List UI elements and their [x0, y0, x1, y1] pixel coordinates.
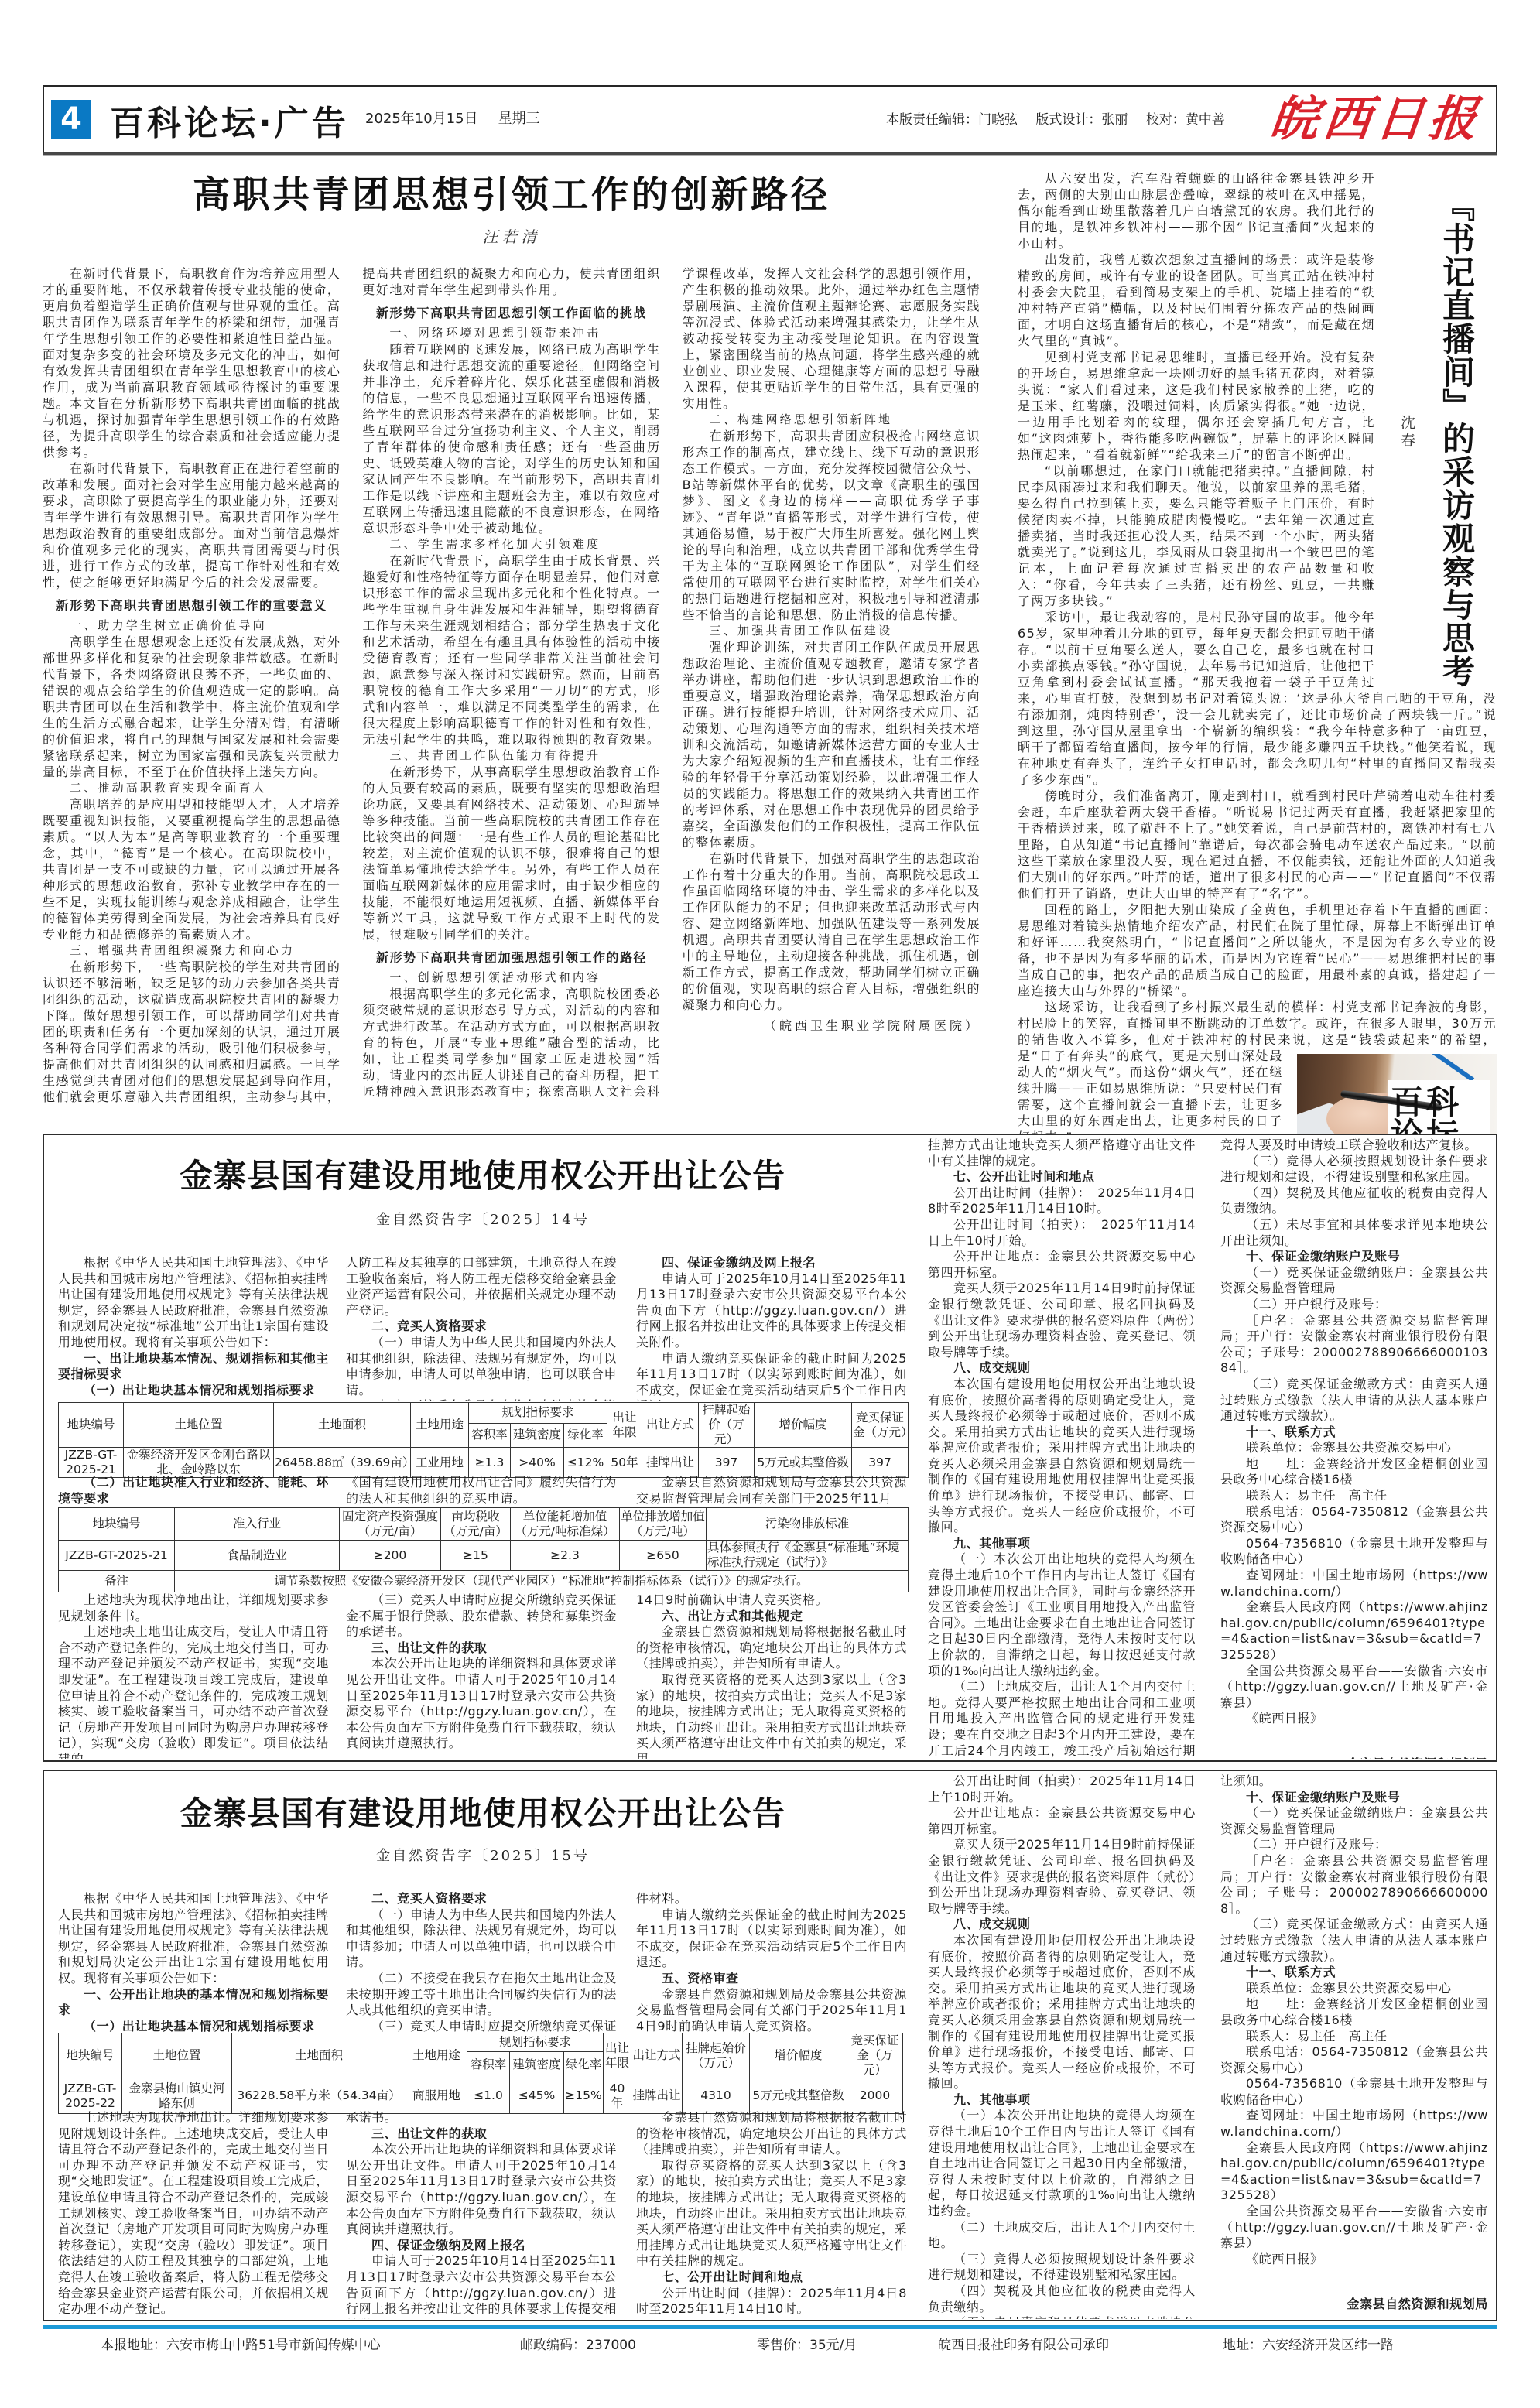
- land-notice-14: 金寨县国有建设用地使用权公开出让公告 金自然资告字〔2025〕14号 根据《中华…: [43, 1134, 1497, 1762]
- subsection-heading: 一、创新思想引领活动形式和内容: [362, 970, 660, 986]
- section-heading: 九、其他事项: [928, 2092, 1196, 2109]
- cell-parcel-id: JZZB-GT-2025-21: [59, 1448, 124, 1478]
- paragraph: 公开出让地点：金寨县公共资源交易中心第四开标室。: [928, 1805, 1196, 1837]
- section-heading: 十、保证金缴纳账户及账号: [1220, 1790, 1488, 1806]
- paragraph: 在新时代背景下，高职教育正在进行着空前的改革和发展。面对社会对学生应用能力越来越…: [43, 460, 341, 590]
- paragraph: 本次公开出让地块的详细资料和具体要求详见公开出让文件。申请人可于2025年10月…: [346, 1656, 617, 1752]
- side-article: 『书记直播间』的采访观察与思考 沈春 从六安出发，汽车沿着蜿蜒的山路往金寨县铁冲…: [1018, 170, 1497, 1110]
- designer-label: 版式设计：: [1035, 112, 1101, 128]
- header-start-price: 挂牌起始价（万元）: [699, 1403, 755, 1448]
- paragraph: 根据《中华人民共和国土地管理法》、《中华人民共和国城市房地产管理法》、《招标拍卖…: [58, 1891, 329, 1987]
- notice-column-c-mid: 金寨县自然资源和规划局与金寨县公共资源交易监督管理局会同有关部门于2025年11…: [636, 1475, 907, 1507]
- paragraph: （二）开户银行及账号：: [1220, 1837, 1488, 1853]
- table-note-row: 备注 调节系数按照《安徽金寨经济开发区（现代产业园区）“标准地”控制指标体系（试…: [59, 1571, 909, 1592]
- notice-column-d: 公开出让时间（拍卖）：2025年11月14日上午10时开始。公开出让地点：金寨县…: [928, 1774, 1196, 2319]
- article-body: 在新时代背景下，高职教育作为培养应用型人才的重要阵地，不仅承载着传授专业技能的使…: [43, 265, 980, 1113]
- header-parcel-id: 地块编号: [59, 2033, 122, 2078]
- section-heading: 九、其他事项: [928, 1536, 1196, 1552]
- cell-green: ≤12%: [564, 1448, 607, 1478]
- section-heading: 四、保证金缴纳及网上报名: [346, 2238, 617, 2254]
- paragraph: 联系单位：金寨县公共资源交易中心: [1220, 1440, 1488, 1456]
- paragraph: 高职培养的是应用型和技能型人才，人才培养既要重视知识技能，又要重视提高学生的思想…: [43, 796, 341, 942]
- paragraph: 公开出让时间（拍卖）： 2025年11月14日上午10时开始。: [928, 1217, 1196, 1249]
- paragraph-continuation: 14日9时前确认申请人竞买资格。: [636, 1592, 907, 1609]
- cell-emission: ≥650: [620, 1541, 707, 1571]
- notice-title: 金寨县国有建设用地使用权公开出让公告: [58, 1156, 908, 1196]
- paragraph: 根据《中华人民共和国土地管理法》、《中华人民共和国城市房地产管理法》、《招标拍卖…: [58, 1255, 329, 1351]
- footer-printer: 皖西日报社印务有限公司承印: [938, 2336, 1109, 2355]
- header-increment: 增价幅度: [750, 2033, 847, 2078]
- note-label: 备注: [59, 1571, 175, 1592]
- paragraph: 在新时代背景下，加强对高职学生的思想政治工作有着十分重大的作用。当前，高职院校思…: [683, 850, 980, 1013]
- header-area: 土地面积: [274, 1403, 411, 1448]
- paragraph: 联系单位：金寨县公共资源交易中心: [1220, 1981, 1488, 1997]
- cell-start-price: 397: [699, 1448, 755, 1478]
- cell-area: 36228.58平方米（54.34亩）: [232, 2078, 406, 2114]
- cell-far: ≤1.0: [467, 2078, 510, 2114]
- section-heading: 八、成交规则: [928, 1917, 1196, 1933]
- header-land-use: 土地用途: [406, 2033, 467, 2078]
- cell-deposit: 397: [852, 1448, 909, 1478]
- header-term: 出让年限: [607, 1403, 642, 1448]
- cell-term: 40年: [604, 2078, 631, 2114]
- notice-column-c-top: 件材料。申请人缴纳竞买保证金的截止时间为2025年11月13日17时（以实际到账…: [636, 1891, 907, 2033]
- paragraph: 取得竞买资格的竞买人达到3家以上（含3家）的地块，按拍卖方式出让；竞买人不足3家…: [636, 2158, 907, 2269]
- paragraph: （五）未尽事宜和具体要求详见本地块公开出让须知。: [1220, 1217, 1488, 1249]
- parcel-basic-table: 地块编号 土地位置 土地面积 土地用途 规划指标要求 出让年限 出让方式 挂牌起…: [58, 2033, 903, 2114]
- cell-method: 挂牌出让: [631, 2078, 683, 2114]
- paragraph: （四）契税及其他应征收的税费由竞得人负责缴纳。: [1220, 1185, 1488, 1217]
- section-heading: 一、公开出让地块的基本情况和规划指标要求: [58, 1987, 329, 2019]
- paragraph-continuation: 人防工程及其独享的口部建筑，土地竞得人在竣工验收备案后，将人防工程无偿移交给金寨…: [346, 1255, 617, 1319]
- editorial-credits: 本版责任编辑：门晓弦 版式设计：张丽 校对：黄中善: [886, 110, 1239, 130]
- section-heading: 十一、联系方式: [1220, 1965, 1488, 1981]
- paragraph: （三）竞买保证金缴款方式：由竞买人通过转账方式缴款（法人申请的从法人基本账户通过…: [1220, 1377, 1488, 1425]
- paragraph: 0564-7356810（金寨县土地开发整理与收购储备中心）: [1220, 2076, 1488, 2108]
- footer-printer-address: 地址：六安经济开发区纬一路: [1223, 2336, 1394, 2355]
- editor-label: 本版责任编辑：: [886, 112, 978, 128]
- paragraph: 本次国有建设用地使用权公开出让地块设有底价，按照价高者得的原则确定受让人，竞买人…: [928, 1377, 1196, 1536]
- notice-column-a-top: 根据《中华人民共和国土地管理法》、《中华人民共和国城市房地产管理法》、《招标拍卖…: [58, 1255, 329, 1401]
- header-method: 出让方式: [631, 2033, 683, 2078]
- subsection-heading: 三、加强共青团工作队伍建设: [683, 623, 980, 639]
- section-heading: 三、出让文件的获取: [346, 2126, 617, 2143]
- section-heading: 新形势下高职共青团加强思想引领工作的路径: [362, 949, 660, 966]
- cell-far: ≥1.3: [469, 1448, 511, 1478]
- masthead: 4 百科论坛·广告 2025年10月15日星期三 本版责任编辑：门晓弦 版式设计…: [43, 85, 1497, 155]
- cell-term: 50年: [607, 1448, 642, 1478]
- paragraph: 联系电话：0564-7350812（金寨县公共资源交易中心）: [1220, 2044, 1488, 2076]
- header-planning-group: 规划指标要求: [469, 1403, 607, 1424]
- paragraph: 回程的路上，夕阳把大别山染成了金黄色，手机里还存着下午直播的画面：易思维对着镜头…: [1018, 901, 1497, 999]
- cell-green: ≥15%: [564, 2078, 604, 2114]
- table-row: JZZB-GT-2025-21 金寨经济开发区金刚台路以北、金岭路以东 2645…: [59, 1448, 909, 1478]
- notice-column-a-bottom: 上述地块为现状净地出让。详细规划要求参见附规划设计条件。上述地块成交后，受让人申…: [58, 2110, 329, 2319]
- header-parcel-id: 地块编号: [59, 1508, 175, 1541]
- paragraph: 联系电话：0564-7350812（金寨县公共资源交易中心）: [1220, 1504, 1488, 1536]
- section-heading: 六、出让方式和其他规定: [636, 1609, 907, 1625]
- subsection-heading: 一、助力学生树立正确价值导向: [43, 617, 341, 634]
- paragraph: 申请人缴纳竞买保证金的截止时间为2025年11月13日17时（以实际到账时间为准…: [636, 1907, 907, 1971]
- blue-pen-icon: [1426, 1054, 1474, 1082]
- notice-title: 金寨县国有建设用地使用权公开出让公告: [58, 1794, 908, 1834]
- header-pollution: 污染物排放标准: [707, 1508, 909, 1541]
- paragraph: 竞买人须于2025年11月14日9时前持保证金银行缴款凭证、公司印章、报名回执码…: [928, 1281, 1196, 1360]
- notice-column-c-bottom: 14日9时前确认申请人竞买资格。六、出让方式和其他规定金寨县自然资源和规划局将根…: [636, 1592, 907, 1759]
- paragraph: 在新时代背景下，高职学生由于成长背景、兴趣爱好和性格特征等方面存在明显差异，他们…: [362, 552, 660, 747]
- title-gutter: [1375, 170, 1497, 687]
- cell-industry: 食品制造业: [175, 1541, 340, 1571]
- cell-deposit: 2000: [847, 2078, 903, 2114]
- table-row: JZZB-GT-2025-21 食品制造业 ≥200 ≥15 ≥2.3 ≥650…: [59, 1541, 909, 1571]
- paragraph: （二）开户银行及账号：: [1220, 1297, 1488, 1313]
- paragraph: （三）竞得人必须按照规划设计条件要求进行规划和建设，不得建设别墅和私家庄园。: [1220, 1154, 1488, 1185]
- paragraph-continuation: 让须知。: [1220, 1774, 1488, 1790]
- header-parcel-id: 地块编号: [59, 1403, 124, 1448]
- subsection-heading: 三、增强共青团组织凝聚力和向心力: [43, 942, 341, 959]
- cell-start-price: 4310: [683, 2078, 750, 2114]
- paragraph: 申请人可于2025年10月14日至2025年11月13日17时登录六安市公共资源…: [636, 1271, 907, 1351]
- header-tax: 亩均税收（万元/亩）: [441, 1508, 511, 1541]
- cell-density: ≤45%: [510, 2078, 564, 2114]
- notice-column-c-top: 四、保证金缴纳及网上报名申请人可于2025年10月14日至2025年11月13日…: [636, 1255, 907, 1401]
- paragraph: 金寨县自然资源和规划局将根据报名截止时的资格审核情况，确定地块公开出让的具体方式…: [636, 1624, 907, 1672]
- header-investment: 固定资产投资强度（万元/亩）: [340, 1508, 441, 1541]
- side-article-author: 沈春: [1398, 415, 1415, 450]
- cell-investment: ≥200: [340, 1541, 441, 1571]
- paragraph: 金寨县人民政府网（https://www.ahjinzhai.gov.cn/pu…: [1220, 2140, 1488, 2204]
- section-heading: 三、出让文件的获取: [346, 1640, 617, 1657]
- section-heading: （一）出让地块基本情况和规划指标要求: [58, 1383, 329, 1399]
- paragraph: （三）竞买人申请时应提交所缴纳竞买保证金不属于银行贷款、股东借款、转贷和募集资金…: [346, 1592, 617, 1640]
- side-article-title: 『书记直播间』的采访观察与思考: [1439, 189, 1473, 688]
- paragraph: 申请人缴纳竞买保证金的截止时间为2025年11月13日17时（以实际到账时间为准…: [636, 1351, 907, 1401]
- article-author: 汪若清: [43, 227, 980, 247]
- header-far: 容积率: [467, 2051, 510, 2078]
- publication-date: 2025年10月15日星期三: [365, 109, 540, 129]
- date-text: 2025年10月15日: [365, 111, 478, 127]
- page-number-badge: 4: [51, 100, 91, 139]
- notice-column-e: 竞得人要及时申请竣工联合验收和达产复核。（三）竞得人必须按照规划设计条件要求进行…: [1220, 1137, 1488, 1759]
- designer-name: 张丽: [1101, 112, 1128, 128]
- paragraph: 0564-7356810（金寨县土地开发整理与收购储备中心）: [1220, 1536, 1488, 1568]
- section-heading: 十一、联系方式: [1220, 1425, 1488, 1441]
- paragraph: ［户名：金寨县公共资源交易监督管理局；开户行：安徽金寨农村商业银行股份有限公司；…: [1220, 1853, 1488, 1917]
- cell-land-use: 商服用地: [406, 2078, 467, 2114]
- header-green: 绿化率: [564, 2051, 604, 2078]
- header-industry: 准入行业: [175, 1508, 340, 1541]
- paragraph: （一）本次公开出让地块的竞得人均须在竞得土地后10个工作日内与出让人签订《国有建…: [928, 2108, 1196, 2219]
- header-deposit: 竞买保证金（万元）: [852, 1403, 909, 1448]
- footer-address: 本报地址：六安市梅山中路51号市新闻传媒中心: [101, 2336, 381, 2355]
- section-heading: 七、公开出让时间和地点: [636, 2269, 907, 2286]
- column-logo-line1: 百科: [1391, 1086, 1462, 1119]
- header-area: 土地面积: [232, 2033, 406, 2078]
- cell-parcel-id: JZZB-GT-2025-21: [59, 1541, 175, 1571]
- notice-column-b-bottom: 承诺书。三、出让文件的获取本次公开出让地块的详细资料和具体要求详见公开出让文件。…: [346, 2110, 617, 2319]
- cell-density: >40%: [511, 1448, 564, 1478]
- paragraph: （二）土地成交后，出让人1个月内交付土地。竞得人要严格按照土地出让合同和工业项目…: [928, 1679, 1196, 1759]
- notice-doc-number: 金自然资告字〔2025〕14号: [58, 1211, 908, 1230]
- paragraph: 金寨县自然资源和规划局及金寨县公共资源交易监督管理局会同有关部门于2025年11…: [636, 1987, 907, 2033]
- section-heading: （二）出让地块准入行业和经济、能耗、环境等要求: [58, 1475, 329, 1507]
- closing-paragraph: 这场采访，让我看到了乡村振兴最生动的模样：村党支部书记奔波的身影，村民脸上的笑容…: [1018, 999, 1497, 1145]
- header-increment: 增价幅度: [755, 1403, 852, 1448]
- footer-postcode: 邮政编码：237000: [520, 2336, 636, 2355]
- paragraph-continuation: 竞得人要及时申请竣工联合验收和达产复核。: [1220, 1137, 1488, 1154]
- header-green: 绿化率: [564, 1423, 607, 1447]
- paragraph: 随着互联网的飞速发展，网络已成为高职学生获取信息和进行思想交流的重要途径。但网络…: [362, 341, 660, 536]
- parcel-basic-table: 地块编号 土地位置 土地面积 土地用途 规划指标要求 出让年限 出让方式 挂牌起…: [58, 1402, 909, 1478]
- section-heading: 一、出让地块基本情况、规划指标和其他主要指标要求: [58, 1351, 329, 1383]
- section-heading: 八、成交规则: [928, 1360, 1196, 1377]
- notice-column-b-mid: 《国有建设用地使用权出让合同》履约失信行为的法人和其他组织的竞买申请。: [346, 1475, 617, 1507]
- paragraph: 在新形势下，从事高职学生思想政治教育工作的人员要有较高的素质，既要有坚实的思想政…: [362, 764, 660, 942]
- paragraph: 申请人可于2025年10月14日至2025年11月13日17时登录六安市公共资源…: [346, 2253, 617, 2319]
- paragraph: 公开出让时间（拍卖）：2025年11月14日上午10时开始。: [928, 1774, 1196, 1805]
- paragraph-continuation: 承诺书。: [346, 2110, 617, 2126]
- cell-energy: ≥2.3: [511, 1541, 620, 1571]
- notice-column-a-mid: （二）出让地块准入行业和经济、能耗、环境等要求: [58, 1475, 329, 1507]
- cell-area: 26458.88㎡（39.69亩）: [274, 1448, 411, 1478]
- paragraph: （一）竞买保证金缴纳账户：金寨县公共资源交易监督管理局: [1220, 1805, 1488, 1837]
- paragraph: 《皖西日报》: [1220, 1711, 1488, 1727]
- paragraph-continuation: 《国有建设用地使用权出让合同》履约失信行为的法人和其他组织的竞买申请。: [346, 1475, 617, 1507]
- paragraph: （一）申请人为中华人民共和国境内外法人和其他组织，除法律、法规另有规定外，均可以…: [346, 1907, 617, 1971]
- weekday-text: 星期三: [498, 111, 540, 127]
- paragraph: （三）竞买保证金缴款方式：由竞买人通过转账方式缴款（法人申请的从法人基本账户通过…: [1220, 1917, 1488, 1965]
- paragraph: 在新形势下，高职共青团应积极抢占网络意识形态工作的制高点，建立线上、线下互动的意…: [683, 428, 980, 623]
- cell-location: 金寨县梅山镇史河路东侧: [122, 2078, 232, 2114]
- paragraph: 上述地块土地出让成交后，受让人申请且符合不动产登记条件的，完成土地交付当日，可办…: [58, 1624, 329, 1759]
- land-notice-15: 金寨县国有建设用地使用权公开出让公告 金自然资告字〔2025〕15号 根据《中华…: [43, 1770, 1497, 2321]
- notice-column-c-bottom: 金寨县自然资源和规划局将根据报名截止时的资格审核情况，确定地块公开出让的具体方式…: [636, 2110, 907, 2319]
- editor-name: 门晓弦: [978, 112, 1018, 128]
- header-method: 出让方式: [642, 1403, 699, 1448]
- paragraph-continuation: 件材料。: [636, 1891, 907, 1907]
- notice-column-e: 让须知。十、保证金缴纳账户及账号（一）竞买保证金缴纳账户：金寨县公共资源交易监督…: [1220, 1774, 1488, 2319]
- paragraph: （五）未尽事宜和具体要求详见本地块公开出: [928, 2315, 1196, 2319]
- paragraph: 全国公共资源交易平台——安徽省·六安市（http://ggzy.luan.gov…: [1220, 2204, 1488, 2252]
- header-start-price: 挂牌起始价（万元）: [683, 2033, 750, 2078]
- notice-column-b-bottom: （三）竞买人申请时应提交所缴纳竞买保证金不属于银行贷款、股东借款、转贷和募集资金…: [346, 1592, 617, 1759]
- subsection-heading: 二、学生需求多样化加大引领难度: [362, 536, 660, 552]
- subsection-heading: 三、共青团工作队伍能力有待提升: [362, 747, 660, 764]
- header-location: 土地位置: [124, 1403, 274, 1448]
- header-term: 出让年限: [604, 2033, 631, 2078]
- paragraph: 本次公开出让地块的详细资料和具体要求详见公开出让文件。申请人可于2025年10月…: [346, 2142, 617, 2238]
- newspaper-logo: 皖西日报: [1268, 90, 1500, 149]
- paragraph: 本次国有建设用地使用权公开出让地块设有底价，按照价高者得的原则确定受让人，竞买人…: [928, 1933, 1196, 2092]
- notice-column-b-top: 二、竞买人资格要求（一）申请人为中华人民共和国境内外法人和其他组织，除法律、法规…: [346, 1891, 617, 2033]
- cell-tax: ≥15: [441, 1541, 511, 1571]
- paragraph: ［户名：金寨县公共资源交易监督管理局；开户行：安徽金寨农村商业银行股份有限公司；…: [1220, 1313, 1488, 1377]
- paragraph: 地 址：金寨经济开发区金梧桐创业园县政务中心综合楼16楼: [1220, 1996, 1488, 2028]
- section-heading: 二、竞买人资格要求: [346, 1319, 617, 1335]
- section-heading: （一）出让地块基本情况和规划指标要求: [58, 2019, 329, 2033]
- header-location: 土地位置: [122, 2033, 232, 2078]
- signature: 金寨县自然资源和规划局: [1220, 1756, 1488, 1759]
- notice-column-a-top: 根据《中华人民共和国土地管理法》、《中华人民共和国城市房地产管理法》、《招标拍卖…: [58, 1891, 329, 2033]
- header-far: 容积率: [469, 1423, 511, 1447]
- header-planning-group: 规划指标要求: [467, 2033, 604, 2052]
- paragraph: 公开出让时间（挂牌）： 2025年11月4日8时至2025年11月14日10时。: [928, 1185, 1196, 1217]
- subsection-heading: 一、网络环境对思想引领带来冲击: [362, 325, 660, 341]
- paragraph: 取得竞买资格的竞买人达到3家以上（含3家）的地块，按拍卖方式出让；竞买人不足3家…: [636, 1672, 907, 1759]
- paragraph: 联系人：易主任 高主任: [1220, 1488, 1488, 1504]
- paragraph: （二）不接受在我县存在拖欠土地出让金及未按期开竣工等土地出让合同履约失信行为的法…: [346, 1971, 617, 2019]
- paragraph: 在新时代背景下，高职教育作为培养应用型人才的重要阵地，不仅承载着传授专业技能的使…: [43, 265, 341, 460]
- proofreader-label: 校对：: [1146, 112, 1186, 128]
- paragraph: （二）不接受在我县存在拖欠土地出让金等: [346, 1398, 617, 1401]
- cell-increment: 5万元或其整倍数: [750, 2078, 847, 2114]
- section-heading: 五、资格审查: [636, 1971, 907, 1987]
- cell-increment: 5万元或其整倍数: [755, 1448, 852, 1478]
- paragraph: （二）土地成交后，出让人1个月内交付土地。: [928, 2220, 1196, 2252]
- section-heading: 新形势下高职共青团思想引领工作的重要意义: [43, 597, 341, 614]
- section-heading: 十、保证金缴纳账户及账号: [1220, 1249, 1488, 1265]
- paragraph-continuation: 挂牌方式出让地块竞买人须严格遵守出让文件中有关挂牌的规定。: [928, 1137, 1196, 1169]
- paragraph: 查阅网址：中国土地市场网（https://www.landchina.com/）: [1220, 2108, 1488, 2139]
- note-text: 调节系数按照《安徽金寨经济开发区（现代产业园区）“标准地”控制指标体系（试行）》…: [175, 1571, 909, 1592]
- paragraph: 公开出让时间（挂牌）：2025年11月4日8时至2025年11月14日10时。: [636, 2286, 907, 2317]
- section-title: 百科论坛·广告: [110, 102, 349, 145]
- header-emission: 单位排放增加值（万元/吨）: [620, 1508, 707, 1541]
- section-heading: 七、公开出让时间和地点: [928, 1169, 1196, 1185]
- cell-land-use: 工业用地: [411, 1448, 469, 1478]
- header-energy: 单位能耗增加值（万元/吨标准煤）: [511, 1508, 620, 1541]
- article-title: 高职共青团思想引领工作的创新路径: [43, 173, 980, 217]
- paragraph: （四）契税及其他应征收的税费由竞得人负责缴纳。: [928, 2283, 1196, 2315]
- paragraph: 地 址：金寨经济开发区金梧桐创业园县政务中心综合楼16楼: [1220, 1456, 1488, 1488]
- editor-credit: 本版责任编辑：门晓弦: [886, 112, 1018, 128]
- paragraph: 查阅网址：中国土地市场网（https://www.landchina.com/）: [1220, 1568, 1488, 1599]
- paragraph: 上述地块为现状净地出让，详细规划要求参见规划条件书。: [58, 1592, 329, 1624]
- paragraph: （一）申请人为中华人民共和国境内外法人和其他组织，除法律、法规另有规定外，均可以…: [346, 1335, 617, 1398]
- paragraph: 傍晚时分，我们准备离开，刚走到村口，就看到村民叶芹骑着电动车往村委会赶，车后座驮…: [1018, 788, 1497, 901]
- notice-doc-number: 金自然资告字〔2025〕15号: [58, 1847, 908, 1866]
- proofreader-credit: 校对：黄中善: [1146, 112, 1225, 128]
- paragraph: 上述地块为现状净地出让。详细规划要求参见附规划设计条件。上述地块成交后，受让人申…: [58, 2110, 329, 2317]
- cell-parcel-id: JZZB-GT-2025-22: [59, 2078, 122, 2114]
- header-deposit: 竞买保证金（万元）: [847, 2033, 903, 2078]
- parcel-access-table: 地块编号 准入行业 固定资产投资强度（万元/亩） 亩均税收（万元/亩） 单位能耗…: [58, 1507, 909, 1592]
- cell-location: 金寨经济开发区金刚台路以北、金岭路以东: [124, 1448, 274, 1478]
- section-heading: 四、保证金缴纳及网上报名: [636, 1255, 907, 1271]
- header-land-use: 土地用途: [411, 1403, 469, 1448]
- notice-column-b-top: 人防工程及其独享的口部建筑，土地竞得人在竣工验收备案后，将人防工程无偿移交给金寨…: [346, 1255, 617, 1401]
- paragraph: （三）竞得人必须按照规划设计条件要求进行规划和建设，不得建设别墅和私家庄园。: [928, 2252, 1196, 2283]
- paragraph: 竞买人须于2025年11月14日9时前持保证金银行缴款凭证、公司印章、报名回执码…: [928, 1837, 1196, 1917]
- proofreader-name: 黄中善: [1186, 112, 1225, 128]
- paragraph: （一）竞买保证金缴纳账户：金寨县公共资源交易监督管理局: [1220, 1265, 1488, 1297]
- notice-column-d: 挂牌方式出让地块竞买人须严格遵守出让文件中有关挂牌的规定。七、公开出让时间和地点…: [928, 1137, 1196, 1759]
- subsection-heading: 二、推动高职教育实现全面育人: [43, 780, 341, 796]
- table-row: JZZB-GT-2025-22 金寨县梅山镇史河路东侧 36228.58平方米（…: [59, 2078, 903, 2114]
- signature: 金寨县自然资源和规划局: [1220, 2297, 1488, 2313]
- section-heading: 二、竞买人资格要求: [346, 1891, 617, 1907]
- cell-pollution: 具体参照执行《金寨县“标准地”环境标准执行规定（试行）》: [707, 1541, 909, 1571]
- paragraph: 金寨县人民政府网（https://www.ahjinzhai.gov.cn/pu…: [1220, 1599, 1488, 1663]
- source-credit: （皖西卫生职业学院附属医院）: [683, 1018, 980, 1034]
- subsection-heading: 二、构建网络思想引领新阵地: [683, 412, 980, 428]
- paragraph: 公开出让地点：金寨县公共资源交易中心第四开标室。: [928, 1249, 1196, 1281]
- paragraph: 强化理论训练，对共青团工作队伍成员开展思想政治理论、主流价值观专题教育，邀请专家…: [683, 639, 980, 850]
- paragraph: 全国公共资源交易平台——安徽省·六安市（http://ggzy.luan.gov…: [1220, 1664, 1488, 1712]
- paragraph: 高职学生在思想观念上还没有发展成熟，对外部世界多样化和复杂的社会现象非常敏感。在…: [43, 634, 341, 780]
- header-density: 建筑密度: [510, 2051, 564, 2078]
- paragraph: 金寨县自然资源和规划局与金寨县公共资源交易监督管理局会同有关部门于2025年11…: [636, 1475, 907, 1507]
- cell-method: 挂牌出让: [642, 1448, 699, 1478]
- designer-credit: 版式设计：张丽: [1035, 112, 1128, 128]
- notice-column-a-bottom: 上述地块为现状净地出让，详细规划要求参见规划条件书。上述地块土地出让成交后，受让…: [58, 1592, 329, 1759]
- paragraph: （一）本次公开出让地块的竞得人均须在竞得土地后10个工作日内与出让人签订《国有建…: [928, 1551, 1196, 1679]
- footer-price: 零售价：35元/月: [757, 2336, 857, 2355]
- footer-divider: [43, 2325, 1497, 2329]
- paragraph: 《皖西日报》: [1220, 2252, 1488, 2268]
- section-heading: 新形势下高职共青团思想引领工作面临的挑战: [362, 305, 660, 321]
- paragraph: 联系人：易主任 高主任: [1220, 2029, 1488, 2045]
- paragraph: （三）竞买人申请时应提交所缴纳竞买保证金不属于银行贷款、股东借款、转贷和募集资金…: [346, 2019, 617, 2033]
- header-density: 建筑密度: [511, 1423, 564, 1447]
- paragraph: 金寨县自然资源和规划局将根据报名截止时的资格审核情况，确定地块公开出让的具体方式…: [636, 2110, 907, 2158]
